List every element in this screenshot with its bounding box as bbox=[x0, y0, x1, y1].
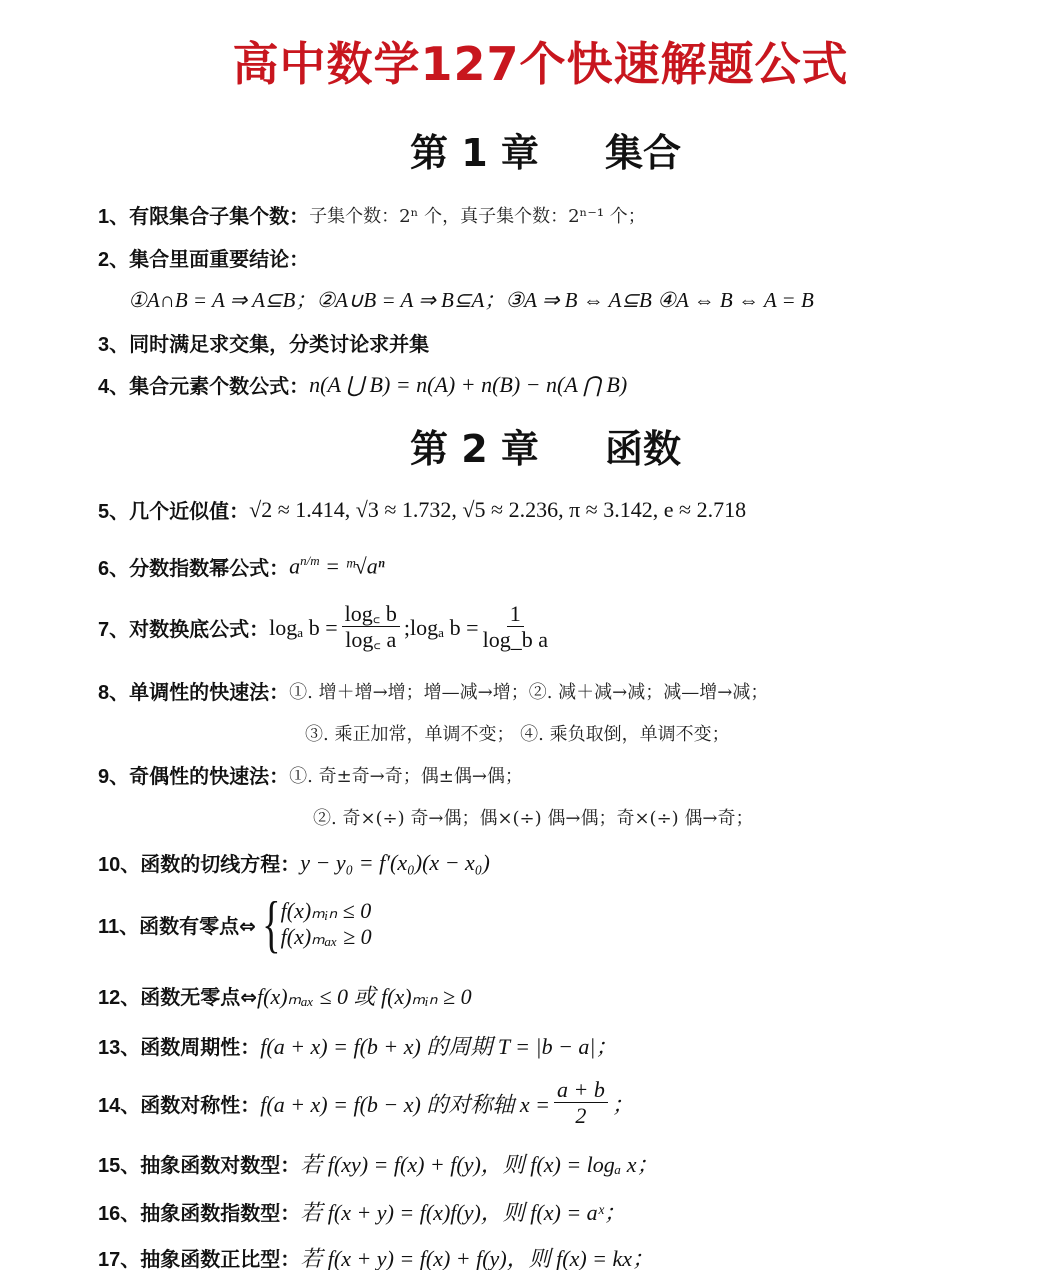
item-body: 子集个数：2ⁿ 个，真子集个数：2ⁿ⁻¹ 个； bbox=[309, 202, 646, 228]
formula-left-1: logₐ b = bbox=[269, 615, 338, 641]
item-4: 4、 集合元素个数公式： n(A ⋃ B) = n(A) + n(B) − n(… bbox=[98, 370, 627, 399]
case-min: f(x)ₘᵢₙ ≤ 0 bbox=[281, 898, 372, 924]
formula-tail: ； bbox=[612, 1088, 634, 1119]
item-body: ①. 奇±奇→奇；偶±偶→偶； bbox=[289, 762, 523, 788]
item-number: 8、 bbox=[98, 676, 129, 705]
item-7: 7、 对数换底公式： logₐ b = log꜀ b log꜀ a ; logₐ… bbox=[98, 602, 552, 653]
item-number: 4、 bbox=[98, 370, 129, 399]
item-number: 17、 bbox=[98, 1243, 140, 1270]
item-label: 函数对称性： bbox=[140, 1089, 260, 1118]
item-9: 9、 奇偶性的快速法： ①. 奇±奇→奇；偶±偶→偶； bbox=[98, 760, 523, 789]
fraction-denominator: log_b a bbox=[483, 627, 548, 653]
item-9-continued: ②. 奇×(÷) 奇→偶；偶×(÷) 偶→偶；奇×(÷) 偶→奇； bbox=[313, 804, 753, 830]
item-6: 6、 分数指数幂公式： an/m = ᵐ√aⁿ bbox=[98, 552, 385, 581]
formula-radical: = ᵐ√aⁿ bbox=[320, 554, 385, 579]
item-number: 10、 bbox=[98, 848, 140, 877]
item-label: 抽象函数对数型： bbox=[140, 1149, 300, 1178]
fraction-denominator: 2 bbox=[575, 1103, 586, 1129]
cases-block: f(x)ₘᵢₙ ≤ 0 f(x)ₘₐₓ ≥ 0 bbox=[281, 898, 372, 950]
fraction-1: log꜀ b log꜀ a bbox=[342, 602, 400, 653]
fraction-numerator: log꜀ b bbox=[342, 602, 400, 627]
chapter-1-heading: 第 1 章 集合 bbox=[410, 122, 681, 177]
formula-exponent: n/m bbox=[300, 553, 320, 568]
item-label: 奇偶性的快速法： bbox=[129, 760, 289, 789]
item-label: 函数无零点⇔ bbox=[140, 981, 257, 1010]
item-number: 11、 bbox=[98, 910, 139, 939]
item-number: 13、 bbox=[98, 1031, 140, 1060]
formula-base: a bbox=[289, 554, 300, 579]
item-number: 2、 bbox=[98, 243, 129, 272]
fraction-2: 1 log_b a bbox=[483, 602, 548, 653]
item-formula: f(x)ₘₐₓ ≤ 0 或 f(x)ₘᵢₙ ≥ 0 bbox=[257, 980, 472, 1011]
case-max: f(x)ₘₐₓ ≥ 0 bbox=[281, 924, 372, 950]
item-formula: an/m = ᵐ√aⁿ bbox=[289, 553, 385, 579]
item-13: 13、 函数周期性： f(a + x) = f(b + x) 的周期 T = |… bbox=[98, 1030, 617, 1061]
item-12: 12、 函数无零点⇔ f(x)ₘₐₓ ≤ 0 或 f(x)ₘᵢₙ ≥ 0 bbox=[98, 980, 472, 1011]
item-2: 2、 集合里面重要结论： bbox=[98, 243, 309, 272]
item-number: 14、 bbox=[98, 1089, 140, 1118]
item-formula: f(a + x) = f(b − x) 的对称轴 x = bbox=[260, 1088, 550, 1119]
item-formula: n(A ⋃ B) = n(A) + n(B) − n(A ⋂ B) bbox=[309, 372, 627, 398]
item-number: 6、 bbox=[98, 552, 129, 581]
item-formula: 若 f(x + y) = f(x) + f(y)，则 f(x) = kx； bbox=[300, 1242, 654, 1270]
item-formula: √2 ≈ 1.414, √3 ≈ 1.732, √5 ≈ 2.236, π ≈ … bbox=[249, 497, 746, 523]
item-formula: 若 f(x + y) = f(x)f(y)，则 f(x) = aˣ； bbox=[300, 1196, 626, 1227]
item-number: 12、 bbox=[98, 981, 140, 1010]
item-label: 抽象函数正比型： bbox=[140, 1243, 300, 1270]
item-14: 14、 函数对称性： f(a + x) = f(b − x) 的对称轴 x = … bbox=[98, 1078, 634, 1129]
fraction: a + b 2 bbox=[554, 1078, 608, 1129]
item-15: 15、 抽象函数对数型： 若 f(xy) = f(x) + f(y)，则 f(x… bbox=[98, 1148, 658, 1179]
item-label: 分数指数幂公式： bbox=[129, 552, 289, 581]
fraction-denominator: log꜀ a bbox=[345, 627, 396, 653]
item-label: 同时满足求交集，分类讨论求并集 bbox=[129, 328, 429, 357]
item-number: 1、 bbox=[98, 200, 129, 229]
item-label: 集合元素个数公式： bbox=[129, 370, 309, 399]
item-label: 函数的切线方程： bbox=[140, 848, 300, 877]
item-3: 3、 同时满足求交集，分类讨论求并集 bbox=[98, 328, 429, 357]
item-formula: 若 f(xy) = f(x) + f(y)，则 f(x) = logₐ x； bbox=[300, 1148, 658, 1179]
item-17: 17、 抽象函数正比型： 若 f(x + y) = f(x) + f(y)，则 … bbox=[98, 1242, 654, 1270]
page-title: 高中数学127个快速解题公式 bbox=[0, 28, 1051, 94]
formula-left-2: logₐ b = bbox=[410, 615, 479, 641]
item-1: 1、 有限集合子集个数： 子集个数：2ⁿ 个，真子集个数：2ⁿ⁻¹ 个； bbox=[98, 200, 646, 229]
chapter-2-heading: 第 2 章 函数 bbox=[410, 418, 681, 473]
item-8: 8、 单调性的快速法： ①. 增＋增→增；增—减→增；②. 减＋减→减；减—增→… bbox=[98, 676, 768, 705]
fraction-numerator: a + b bbox=[554, 1078, 608, 1103]
fraction-numerator: 1 bbox=[507, 602, 524, 627]
item-number: 3、 bbox=[98, 328, 129, 357]
item-label: 集合里面重要结论： bbox=[129, 243, 309, 272]
item-number: 16、 bbox=[98, 1197, 140, 1226]
item-label: 函数周期性： bbox=[140, 1031, 260, 1060]
item-2-formulas: ①A∩B = A ⇒ A⊆B；②A∪B = A ⇒ B⊆A；③A ⇒ B ⇔ A… bbox=[128, 284, 814, 314]
item-5: 5、 几个近似值： √2 ≈ 1.414, √3 ≈ 1.732, √5 ≈ 2… bbox=[98, 495, 746, 524]
item-label: 对数换底公式： bbox=[129, 613, 269, 642]
item-8-continued: ③. 乘正加常，单调不变； ④. 乘负取倒，单调不变； bbox=[305, 720, 730, 746]
item-16: 16、 抽象函数指数型： 若 f(x + y) = f(x)f(y)，则 f(x… bbox=[98, 1196, 626, 1227]
item-number: 5、 bbox=[98, 495, 129, 524]
item-label: 抽象函数指数型： bbox=[140, 1197, 300, 1226]
item-10: 10、 函数的切线方程： y − y₀ = f′(x₀)(x − x₀) bbox=[98, 848, 490, 877]
item-label: 函数有零点⇔ bbox=[139, 910, 256, 939]
item-body: ①. 增＋增→增；增—减→增；②. 减＋减→减；减—增→减； bbox=[289, 678, 768, 704]
item-number: 7、 bbox=[98, 613, 129, 642]
item-number: 15、 bbox=[98, 1149, 140, 1178]
item-formula: y − y₀ = f′(x₀)(x − x₀) bbox=[300, 850, 490, 876]
item-label: 单调性的快速法： bbox=[129, 676, 289, 705]
brace-icon: { bbox=[262, 892, 280, 956]
item-number: 9、 bbox=[98, 760, 129, 789]
item-11: 11、 函数有零点⇔ { f(x)ₘᵢₙ ≤ 0 f(x)ₘₐₓ ≥ 0 bbox=[98, 892, 372, 956]
item-label: 几个近似值： bbox=[129, 495, 249, 524]
item-formula: f(a + x) = f(b + x) 的周期 T = |b − a|； bbox=[260, 1030, 617, 1061]
item-label: 有限集合子集个数： bbox=[129, 200, 309, 229]
